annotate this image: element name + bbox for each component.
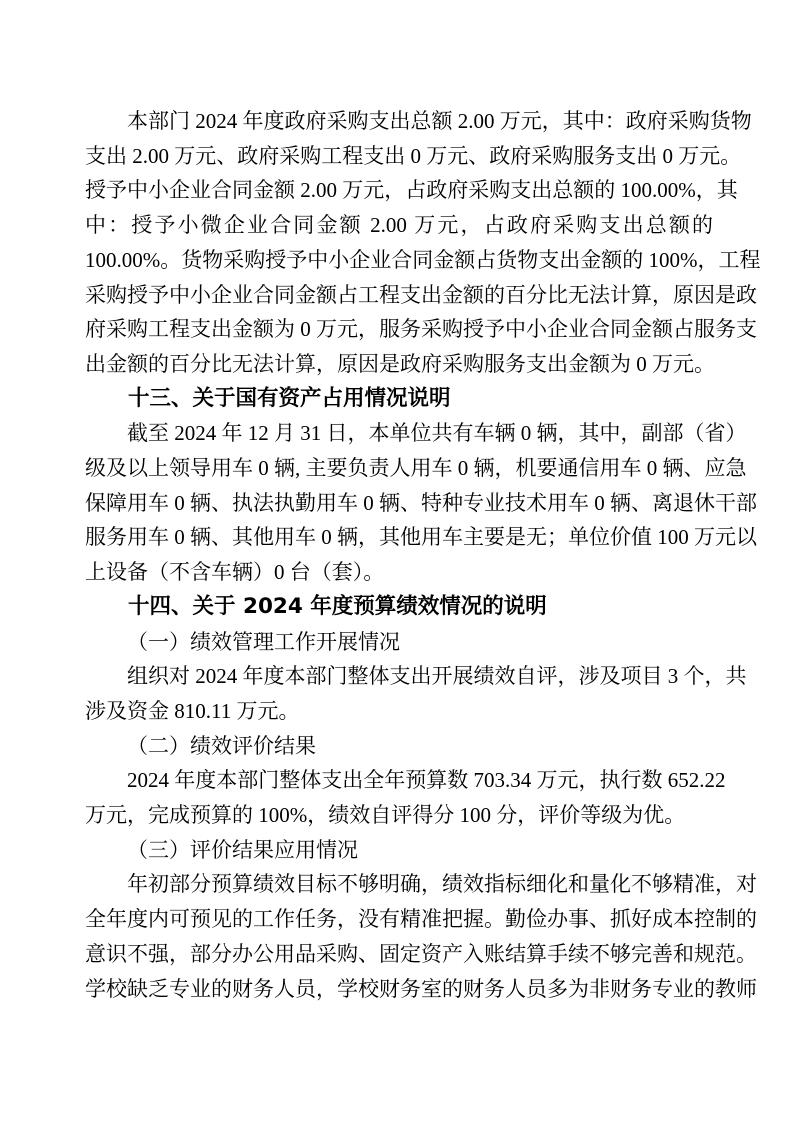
section-heading-14: 十四、关于 2024 年度预算绩效情况的说明 (85, 590, 713, 625)
paragraph-line: 上设备（不含车辆）0 台（套）。 (85, 555, 713, 590)
procurement-paragraph: 本部门 2024 年度政府采购支出总额 2.00 万元，其中：政府采购货物 支出… (85, 104, 713, 382)
paragraph-line: 截至 2024 年 12 月 31 日，本单位共有车辆 0 辆，其中，副部（省） (85, 416, 713, 451)
document-content: 本部门 2024 年度政府采购支出总额 2.00 万元，其中：政府采购货物 支出… (85, 104, 713, 1006)
paragraph-line: 年初部分预算绩效目标不够明确，绩效指标细化和量化不够精准，对 (85, 867, 713, 902)
section-heading-13: 十三、关于国有资产占用情况说明 (85, 382, 713, 417)
subsection-heading-14-3: （三）评价结果应用情况 (85, 833, 713, 868)
subsection-heading-14-2: （二）绩效评价结果 (85, 729, 713, 764)
paragraph-line: 意识不强，部分办公用品采购、固定资产入账结算手续不够完善和规范。 (85, 937, 713, 972)
performance-result-paragraph: 2024 年度本部门整体支出全年预算数 703.34 万元，执行数 652.22… (85, 763, 713, 832)
paragraph-line: 100.00%。货物采购授予中小企业合同金额占货物支出金额的 100%，工程 (85, 243, 713, 278)
subsection-heading-14-1: （一）绩效管理工作开展情况 (85, 625, 713, 660)
paragraph-line: 本部门 2024 年度政府采购支出总额 2.00 万元，其中：政府采购货物 (85, 104, 713, 139)
result-application-paragraph: 年初部分预算绩效目标不够明确，绩效指标细化和量化不够精准，对 全年度内可预见的工… (85, 867, 713, 1006)
assets-paragraph: 截至 2024 年 12 月 31 日，本单位共有车辆 0 辆，其中，副部（省）… (85, 416, 713, 590)
paragraph-line: 府采购工程支出金额为 0 万元，服务采购授予中小企业合同金额占服务支 (85, 312, 713, 347)
paragraph-line: 出金额的百分比无法计算，原因是政府采购服务支出金额为 0 万元。 (85, 347, 713, 382)
paragraph-line: 2024 年度本部门整体支出全年预算数 703.34 万元，执行数 652.22 (85, 763, 713, 798)
paragraph-line: 组织对 2024 年度本部门整体支出开展绩效自评，涉及项目 3 个，共 (85, 659, 713, 694)
paragraph-line: 学校缺乏专业的财务人员，学校财务室的财务人员多为非财务专业的教师 (85, 972, 713, 1007)
paragraph-line: 支出 2.00 万元、政府采购工程支出 0 万元、政府采购服务支出 0 万元。 (85, 139, 713, 174)
performance-management-paragraph: 组织对 2024 年度本部门整体支出开展绩效自评，涉及项目 3 个，共 涉及资金… (85, 659, 713, 728)
paragraph-line: 涉及资金 810.11 万元。 (85, 694, 713, 729)
paragraph-line: 服务用车 0 辆、其他用车 0 辆，其他用车主要是无；单位价值 100 万元以 (85, 520, 713, 555)
paragraph-line: 采购授予中小企业合同金额占工程支出金额的百分比无法计算，原因是政 (85, 278, 713, 313)
paragraph-line: 万元，完成预算的 100%，绩效自评得分 100 分，评价等级为优。 (85, 798, 713, 833)
paragraph-line: 中：授予小微企业合同金额 2.00 万元，占政府采购支出总额的 (85, 208, 713, 243)
document-page: 本部门 2024 年度政府采购支出总额 2.00 万元，其中：政府采购货物 支出… (0, 0, 793, 1122)
paragraph-line: 级及以上领导用车 0 辆, 主要负责人用车 0 辆，机要通信用车 0 辆、应急 (85, 451, 713, 486)
paragraph-line: 全年度内可预见的工作任务，没有精准把握。勤俭办事、抓好成本控制的 (85, 902, 713, 937)
paragraph-line: 保障用车 0 辆、执法执勤用车 0 辆、特种专业技术用车 0 辆、离退休干部 (85, 486, 713, 521)
paragraph-line: 授予中小企业合同金额 2.00 万元，占政府采购支出总额的 100.00%，其 (85, 173, 713, 208)
